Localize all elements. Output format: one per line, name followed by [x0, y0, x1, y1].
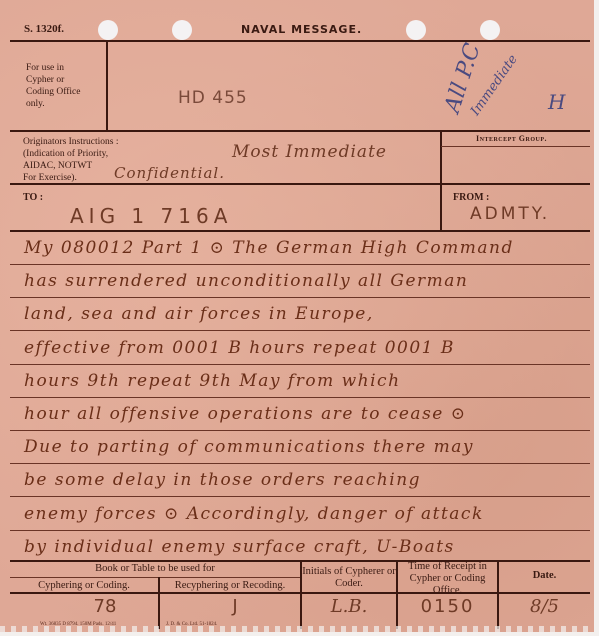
initials-value: L.B.: [302, 596, 396, 617]
classification-value: Confidential.: [114, 164, 225, 182]
date-label: Date.: [499, 570, 590, 582]
recyphering-label: Recyphering or Recoding.: [160, 580, 300, 592]
intercept-group-field: [458, 152, 578, 177]
message-line: land, sea and air forces in Europe,: [24, 304, 374, 324]
message-line: Due to parting of communications there m…: [24, 437, 474, 457]
ruled-line: [10, 364, 590, 365]
originators-instructions-label: Originators Instructions : (Indication o…: [23, 136, 119, 184]
naval-message-form: S. 1320f. NAVAL MESSAGE. For use in Cyph…: [0, 0, 594, 632]
ruled-line: [10, 330, 590, 331]
divider: [10, 577, 300, 578]
punch-hole: [480, 20, 500, 40]
message-line: effective from 0001 B hours repeat 0001 …: [24, 338, 455, 358]
annotation-h: H: [548, 90, 565, 114]
time-receipt-label: Time of Receipt in Cypher or Coding Offi…: [398, 561, 497, 597]
divider: [441, 146, 590, 147]
ruled-line: [10, 430, 590, 431]
message-line: hours 9th repeat 9th May from which: [24, 371, 401, 391]
divider: [440, 130, 442, 230]
book-table-label: Book or Table to be used for: [10, 563, 300, 575]
message-line: has surrendered unconditionally all Germ…: [24, 271, 468, 291]
cypher-office-note: For use in Cypher or Coding Office only.: [26, 62, 80, 110]
date-value: 8/5: [499, 596, 590, 617]
initials-label: Initials of Cypherer or Coder.: [302, 566, 396, 590]
to-label: TO :: [23, 192, 43, 203]
ruled-line: [10, 397, 590, 398]
intercept-group-label: Intercept Group.: [476, 134, 547, 143]
torn-edge: [0, 626, 594, 632]
cypher-office-annotation: HD 455: [178, 88, 248, 108]
time-receipt-value: 0150: [398, 596, 497, 617]
cyphering-label: Cyphering or Coding.: [10, 580, 158, 592]
punch-hole: [172, 20, 192, 40]
from-label: FROM :: [453, 192, 489, 203]
punch-hole: [98, 20, 118, 40]
ruled-line: [10, 496, 590, 497]
priority-value: Most Immediate: [232, 142, 387, 162]
ruled-line: [10, 264, 590, 265]
message-line: by individual enemy surface craft, U-Boa…: [24, 537, 455, 557]
divider: [10, 130, 590, 132]
divider: [10, 183, 590, 185]
form-title: NAVAL MESSAGE.: [241, 23, 362, 36]
message-line: hour all offensive operations are to cea…: [24, 404, 467, 424]
recyphering-value: J: [160, 596, 310, 617]
ruled-line: [10, 297, 590, 298]
to-value: AIG 1 716A: [70, 204, 232, 228]
divider: [10, 230, 590, 232]
divider: [106, 40, 108, 130]
divider: [10, 592, 590, 594]
divider: [10, 40, 590, 42]
from-value: ADMTY.: [470, 204, 550, 224]
form-number: S. 1320f.: [24, 23, 64, 35]
ruled-line: [10, 530, 590, 531]
message-line: enemy forces ⊙ Accordingly, danger of at…: [24, 504, 484, 524]
message-line: My 080012 Part 1 ⊙ The German High Comma…: [24, 238, 514, 258]
message-line: be some delay in those orders reaching: [24, 470, 421, 490]
ruled-line: [10, 463, 590, 464]
punch-hole: [406, 20, 426, 40]
